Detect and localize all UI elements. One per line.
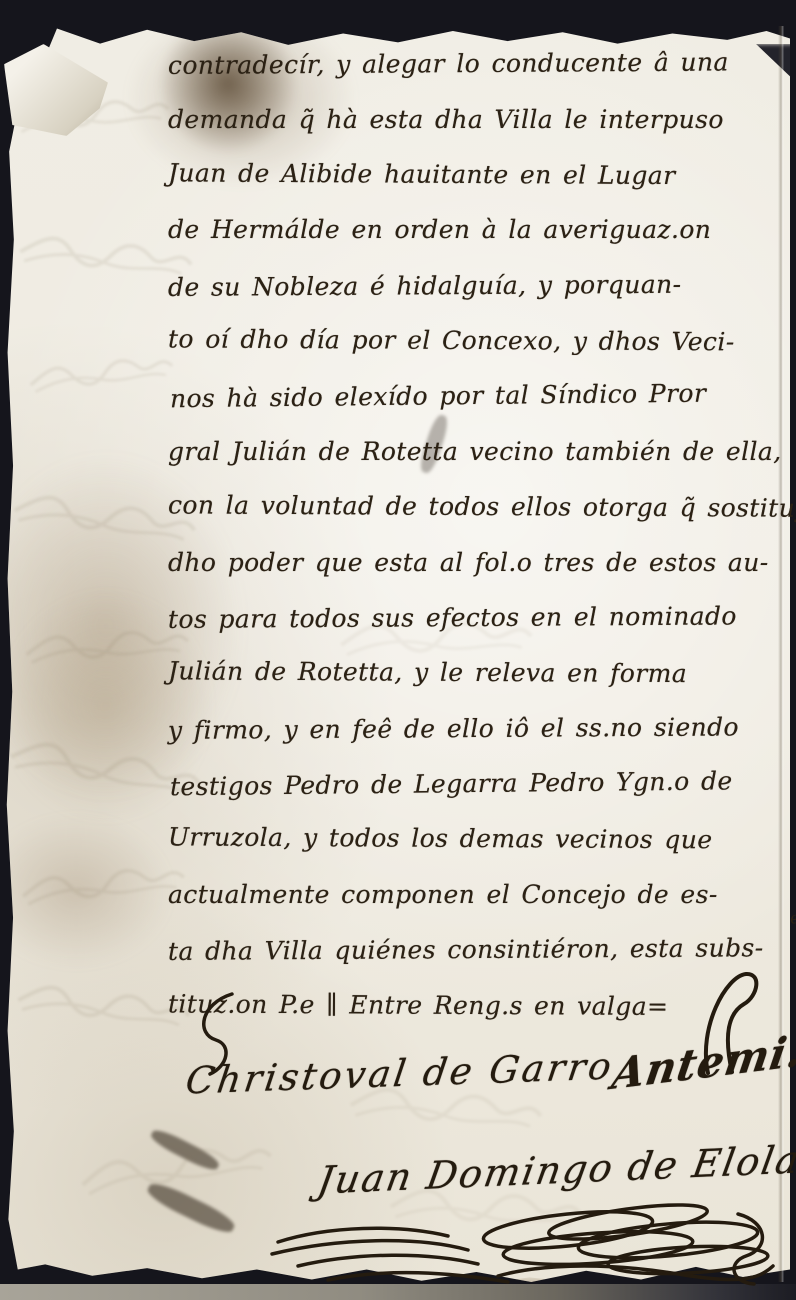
stain-left-lower <box>0 816 171 966</box>
manuscript-scan: { "page": { "background_color": "#15151c… <box>0 0 796 1300</box>
manuscript-line: ta dha Villa quiénes consintiéron, esta … <box>168 920 786 979</box>
underlying-sheet-edge <box>0 1284 796 1300</box>
manuscript-line: to oí dho día por el Concexo, y dhos Vec… <box>168 311 786 370</box>
manuscript-line: tituz.on P.e ∥ Entre Reng.s en valga= <box>168 976 786 1035</box>
manuscript-line: contradecír, y alegar lo conducente â un… <box>168 34 786 93</box>
manuscript-line: gral Julián de Rotetta vecino también de… <box>168 424 786 479</box>
manuscript-line: de Hermálde en orden à la averiguaz.on <box>168 202 786 257</box>
ink-smudge <box>148 1126 221 1174</box>
manuscript-line: nos hà sido elexído por tal Síndico Pror <box>170 365 789 427</box>
manuscript-line: demanda q̃ hà esta dha Villa le interpus… <box>168 91 786 146</box>
manuscript-line: testigos Pedro de Legarra Pedro Ygn.o de <box>170 753 789 815</box>
manuscript-line: actualmente componen el Concejo de es- <box>168 867 786 922</box>
ink-smudge <box>144 1178 237 1237</box>
manuscript-line: Julián de Rotetta, y le releva en forma <box>168 644 786 703</box>
manuscript-line: Urruzola, y todos los demas vecinos que <box>168 810 786 869</box>
bleedthrough-mark <box>17 856 190 910</box>
manuscript-line: Juan de Alibide hauitante en el Lugar <box>168 145 786 204</box>
bleedthrough-mark <box>25 346 178 399</box>
manuscript-line: de su Nobleza é hidalguía, y porquan- <box>168 256 786 315</box>
manuscript-line: tos para todos sus efectos en el nominad… <box>168 588 786 647</box>
manuscript-line: y firmo, y en feê de ello iô el ss.no si… <box>168 699 786 758</box>
manuscript-text-block: contradecír, y alegar lo conducente â un… <box>168 36 786 1033</box>
manuscript-line: con la voluntad de todos ellos otorga q̃… <box>168 478 786 537</box>
manuscript-line: dho poder que esta al fol.o tres de esto… <box>168 535 786 590</box>
interline-insertion: en <box>789 907 796 927</box>
